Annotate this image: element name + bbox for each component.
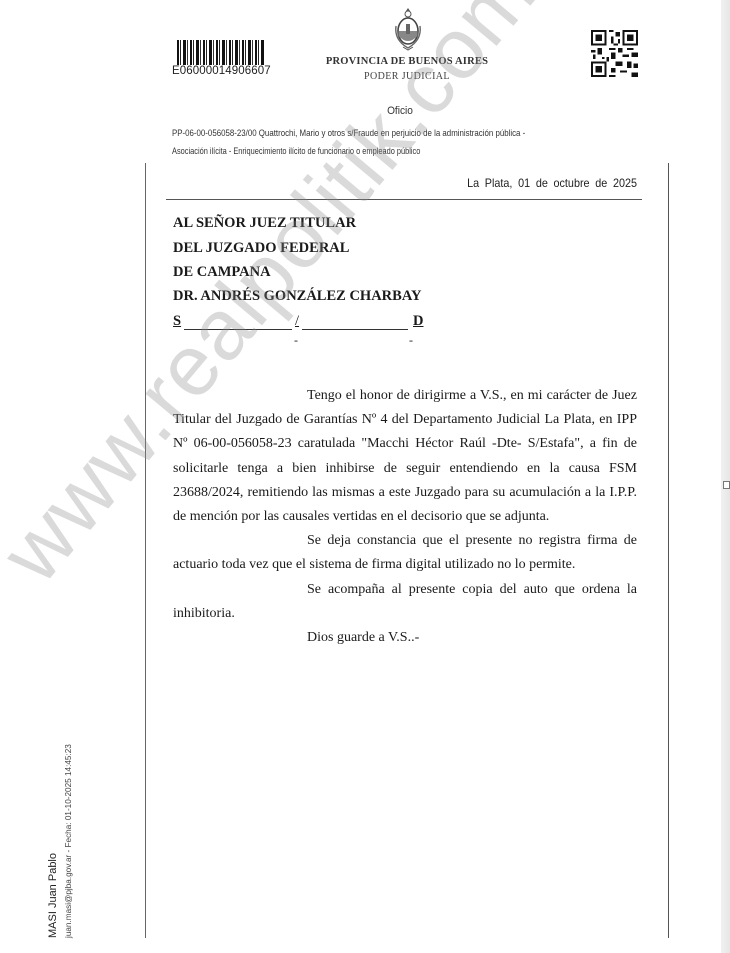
scroll-marker[interactable] (723, 481, 730, 489)
addressee-line-1: AL SEÑOR JUEZ TITULAR (173, 215, 356, 232)
addressee-line-3: DE CAMPANA (173, 264, 271, 281)
body-paragraph-2: Se deja constancia que el presente no re… (173, 529, 637, 577)
date-divider (166, 199, 642, 200)
signature-metadata: juan.masi@pjba.gov.ar - Fecha: 01-10-202… (64, 744, 73, 938)
frame-right-border (668, 163, 669, 938)
province-heading: PROVINCIA DE BUENOS AIRES (300, 56, 514, 67)
frame-left-border (145, 163, 146, 938)
salutation-dash: - (294, 333, 298, 348)
signer-name: MASI Juan Pablo (47, 853, 59, 938)
body-paragraph-1: Tengo el honor de dirigirme a V.S., en m… (173, 384, 637, 529)
barcode-code: E06000014906607 (172, 65, 272, 77)
salutation-dash: - (409, 333, 413, 348)
salutation-rule (184, 329, 292, 330)
qr-code-icon (591, 30, 638, 77)
salutation-d: D (413, 313, 423, 330)
viewer-scroll-strip[interactable] (721, 0, 730, 953)
body-paragraph-3: Se acompaña al presente copia del auto q… (173, 578, 637, 626)
document-type: Oficio (308, 105, 492, 117)
addressee-line-4: DR. ANDRÉS GONZÁLEZ CHARBAY (173, 288, 421, 305)
argentina-coat-of-arms-icon (393, 6, 423, 52)
closing-line: Dios guarde a V.S..- (307, 626, 419, 650)
document-date: La Plata, 01 de octubre de 2025 (406, 176, 637, 190)
case-caption-line-1: PP-06-00-056058-23/00 Quattrochi, Mario … (172, 128, 637, 139)
barcode-icon (177, 40, 265, 65)
salutation-rule (302, 329, 408, 330)
case-caption-line-2: Asociación ilícita - Enriquecimiento ilí… (172, 146, 609, 157)
institution-heading: PODER JUDICIAL (300, 71, 514, 82)
salutation-slash: / (295, 313, 299, 330)
salutation-s: S (173, 313, 181, 330)
addressee-line-2: DEL JUZGADO FEDERAL (173, 240, 349, 257)
